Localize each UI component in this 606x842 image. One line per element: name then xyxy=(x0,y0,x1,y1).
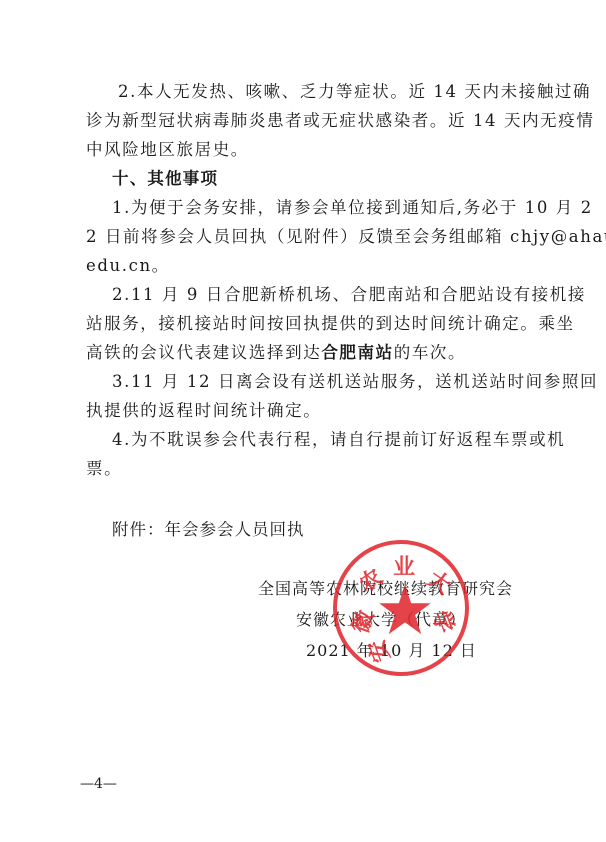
item1-line-2: 2 日前将参会人员回执（见附件）反馈至会务组邮箱 chjy@ahau. xyxy=(86,227,606,247)
signature-org: 全国高等农林院校继续教育研究会 xyxy=(258,579,513,599)
item3-line-1: 3.11 月 12 日离会设有送机送站服务，送机送站时间参照回 xyxy=(112,372,598,392)
section-heading: 十、其他事项 xyxy=(112,169,218,189)
page-number: —4— xyxy=(80,776,117,792)
document-page: 2.本人无发热、咳嗽、乏力等症状。近 14 天内未接触过确 诊为新型冠状病毒肺炎… xyxy=(0,0,606,842)
health-line-1: 2.本人无发热、咳嗽、乏力等症状。近 14 天内未接触过确 xyxy=(118,82,591,102)
seal-char: 业 xyxy=(393,550,415,581)
signature-agent: 安徽农业大学（代章） xyxy=(296,610,466,630)
item4-line-1: 4.为不耽误参会代表行程，请自行提前订好返程车票或机 xyxy=(112,430,565,450)
item2-line-3-prefix: 高铁的会议代表建议选择到达 xyxy=(86,343,321,362)
health-line-2: 诊为新型冠状病毒肺炎患者或无症状感染者。近 14 天内无疫情 xyxy=(86,111,595,131)
item2-line-1: 2.11 月 9 日合肥新桥机场、合肥南站和合肥站设有接机接 xyxy=(112,285,586,305)
signature-date: 2021 年 10 月 12 日 xyxy=(306,641,477,661)
item2-line-3-suffix: 的车次。 xyxy=(394,343,466,362)
highlight-station: 合肥南站 xyxy=(321,343,393,362)
item2-line-2: 站服务，接机接站时间按回执提供的到达时间统计确定。乘坐 xyxy=(86,314,575,334)
attachment-label: 附件：年会参会人员回执 xyxy=(112,520,305,540)
health-line-3: 中风险地区旅居史。 xyxy=(86,140,249,160)
item4-line-2: 票。 xyxy=(86,459,122,479)
item1-line-1: 1.为便于会务安排，请参会单位接到通知后,务必于 10 月 2 xyxy=(112,198,593,218)
item1-line-3: edu.cn。 xyxy=(86,256,170,276)
item3-line-2: 执提供的返程时间统计确定。 xyxy=(86,401,321,421)
item2-line-3: 高铁的会议代表建议选择到达合肥南站的车次。 xyxy=(86,343,466,363)
